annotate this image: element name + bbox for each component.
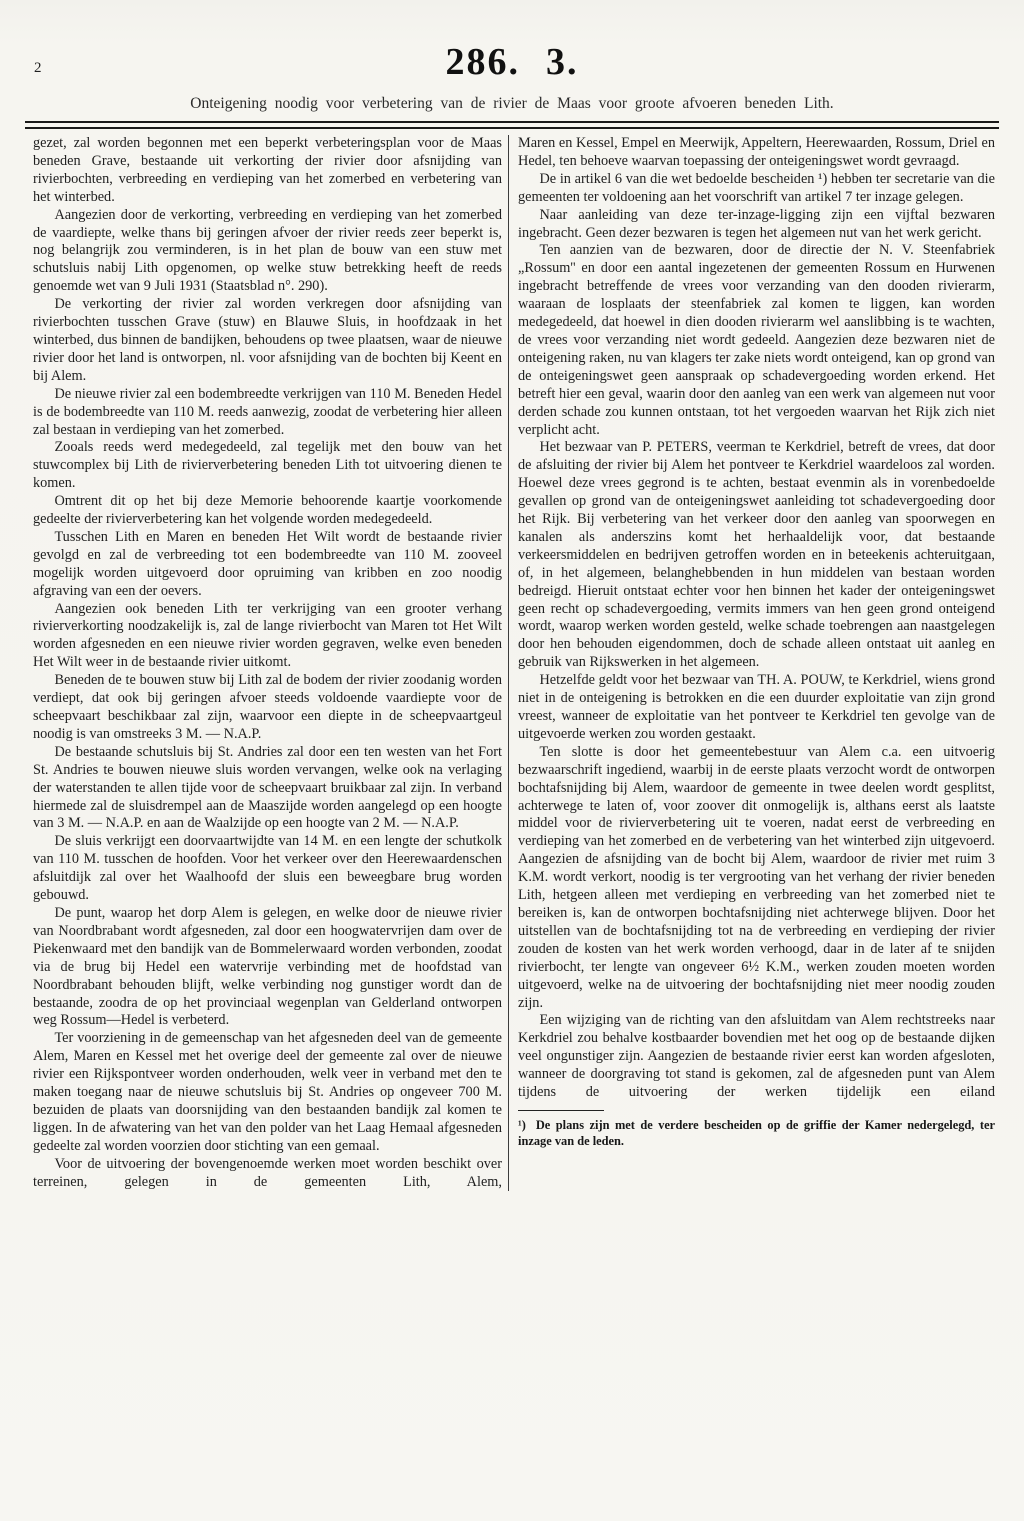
paragraph: Ten slotte is door het gemeentebestuur v… [518, 744, 995, 1013]
header-double-rule [25, 121, 999, 129]
paragraph: De verkorting der rivier zal worden verk… [33, 296, 502, 386]
paragraph: De nieuwe rivier zal een bodembreedte ve… [33, 386, 502, 440]
document-number-main: 286. [446, 41, 521, 83]
footnote-marker: ¹) [518, 1118, 536, 1132]
paragraph: Voor de uitvoering der bovengenoemde wer… [33, 1156, 502, 1192]
paragraph: Het bezwaar van P. PETERS, veerman te Ke… [518, 439, 995, 672]
footnote: ¹)De plans zijn met de verdere bescheide… [518, 1118, 995, 1149]
paragraph: De bestaande schutsluis bij St. Andries … [33, 744, 502, 834]
paragraph: De in artikel 6 van die wet bedoelde bes… [518, 171, 995, 207]
document-number-sub: 3. [546, 41, 579, 83]
page-title: Onteigening noodig voor verbetering van … [0, 95, 1024, 113]
paragraph: Tusschen Lith en Maren en beneden Het Wi… [33, 529, 502, 601]
paragraph: De punt, waarop het dorp Alem is gelegen… [33, 905, 502, 1030]
paragraph: Beneden de te bouwen stuw bij Lith zal d… [33, 672, 502, 744]
paragraph: Maren en Kessel, Empel en Meerwijk, Appe… [518, 135, 995, 171]
paragraph: De sluis verkrijgt een doorvaartwijdte v… [33, 833, 502, 905]
document-number: 286.3. [0, 40, 1024, 84]
paragraph: Hetzelfde geldt voor het bezwaar van TH.… [518, 672, 995, 744]
footnote-separator-rule [518, 1110, 604, 1111]
left-column: gezet, zal worden begonnen met een beper… [33, 135, 508, 1191]
paragraph: Zooals reeds werd medegedeeld, zal tegel… [33, 439, 502, 493]
text-columns: gezet, zal worden begonnen met een beper… [33, 135, 995, 1191]
footnote-text: De plans zijn met de verdere bescheiden … [518, 1118, 995, 1148]
document-page: 2 286.3. Onteigening noodig voor verbete… [0, 0, 1024, 1521]
paragraph: Aangezien ook beneden Lith ter verkrijgi… [33, 601, 502, 673]
paragraph: Ten aanzien van de bezwaren, door de dir… [518, 242, 995, 439]
footnote-block: ¹)De plans zijn met de verdere bescheide… [518, 1110, 995, 1149]
paragraph: Een wijziging van de richting van den af… [518, 1012, 995, 1102]
paragraph: Ter voorziening in de gemeenschap van he… [33, 1030, 502, 1155]
paragraph: gezet, zal worden begonnen met een beper… [33, 135, 502, 207]
paragraph: Aangezien door de verkorting, verbreedin… [33, 207, 502, 297]
right-column: Maren en Kessel, Empel en Meerwijk, Appe… [509, 135, 995, 1191]
paragraph: Naar aanleiding van deze ter-inzage-ligg… [518, 207, 995, 243]
paragraph: Omtrent dit op het bij deze Memorie beho… [33, 493, 502, 529]
